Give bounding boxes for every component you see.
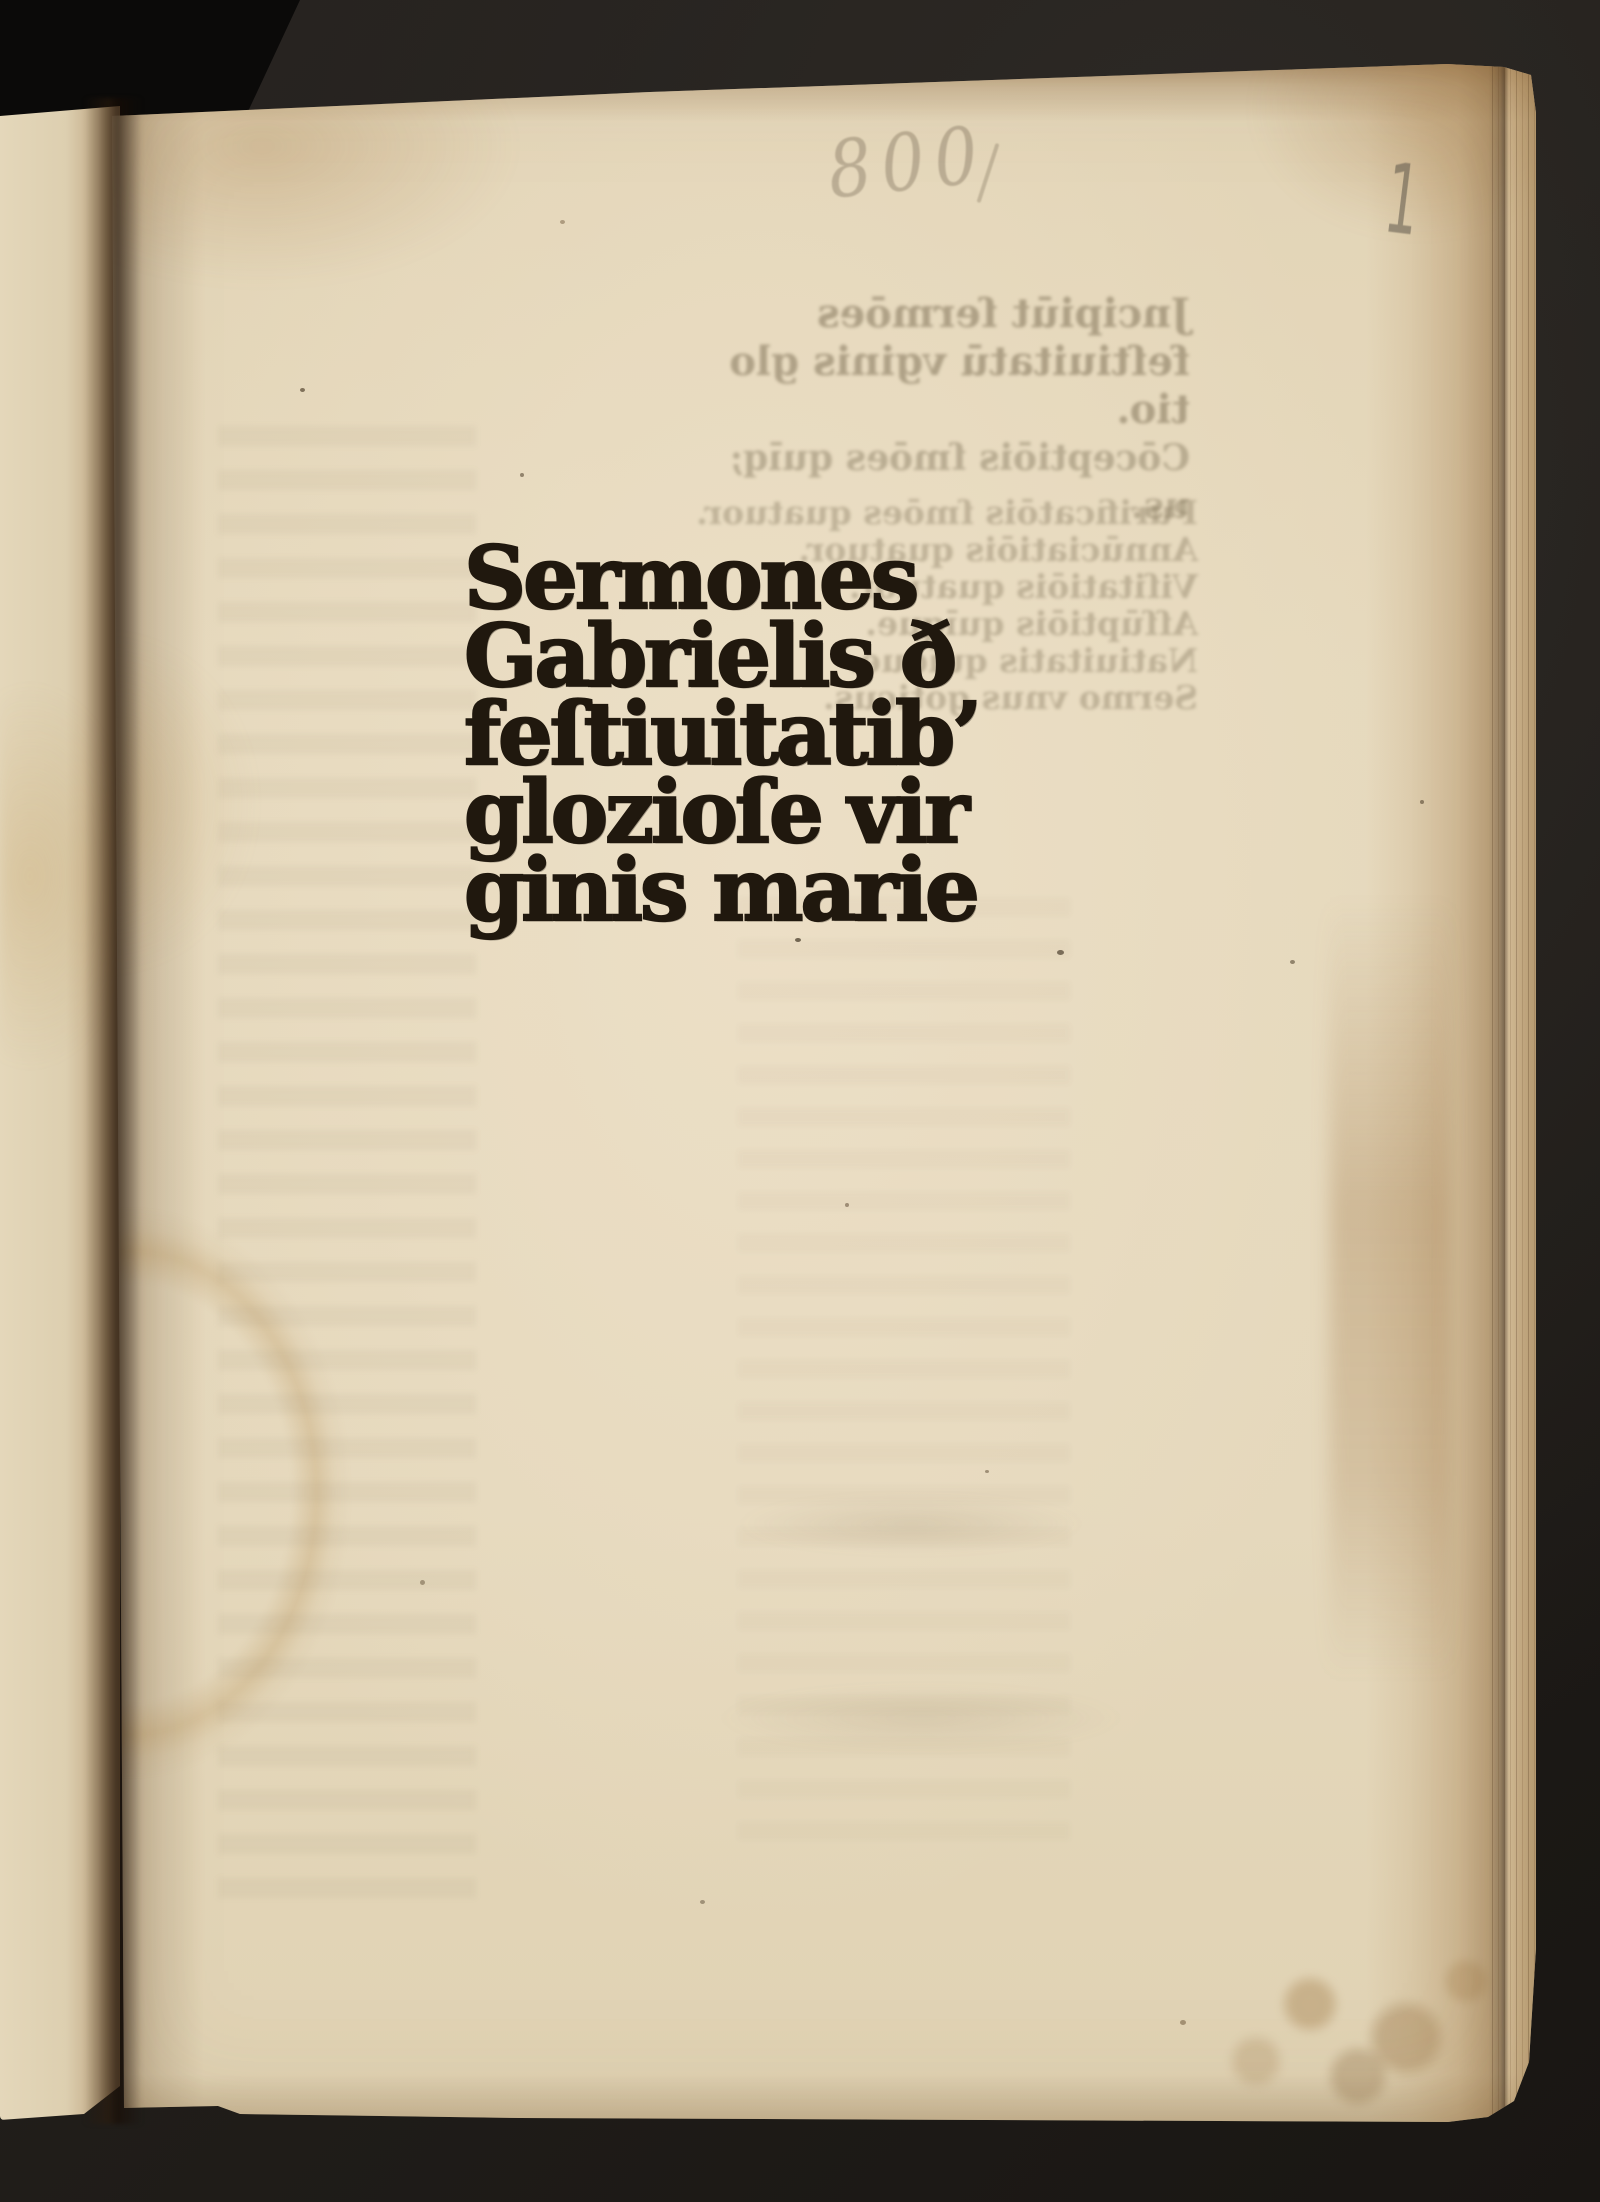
recto-page: Jncipiūt ſermōes feſtiuitatū vginis glo … bbox=[100, 58, 1536, 2124]
photograph-background: Jncipiūt ſermōes feſtiuitatū vginis glo … bbox=[0, 0, 1600, 2202]
gutter-shadow bbox=[84, 98, 142, 2124]
page-vignette bbox=[100, 58, 1536, 2124]
